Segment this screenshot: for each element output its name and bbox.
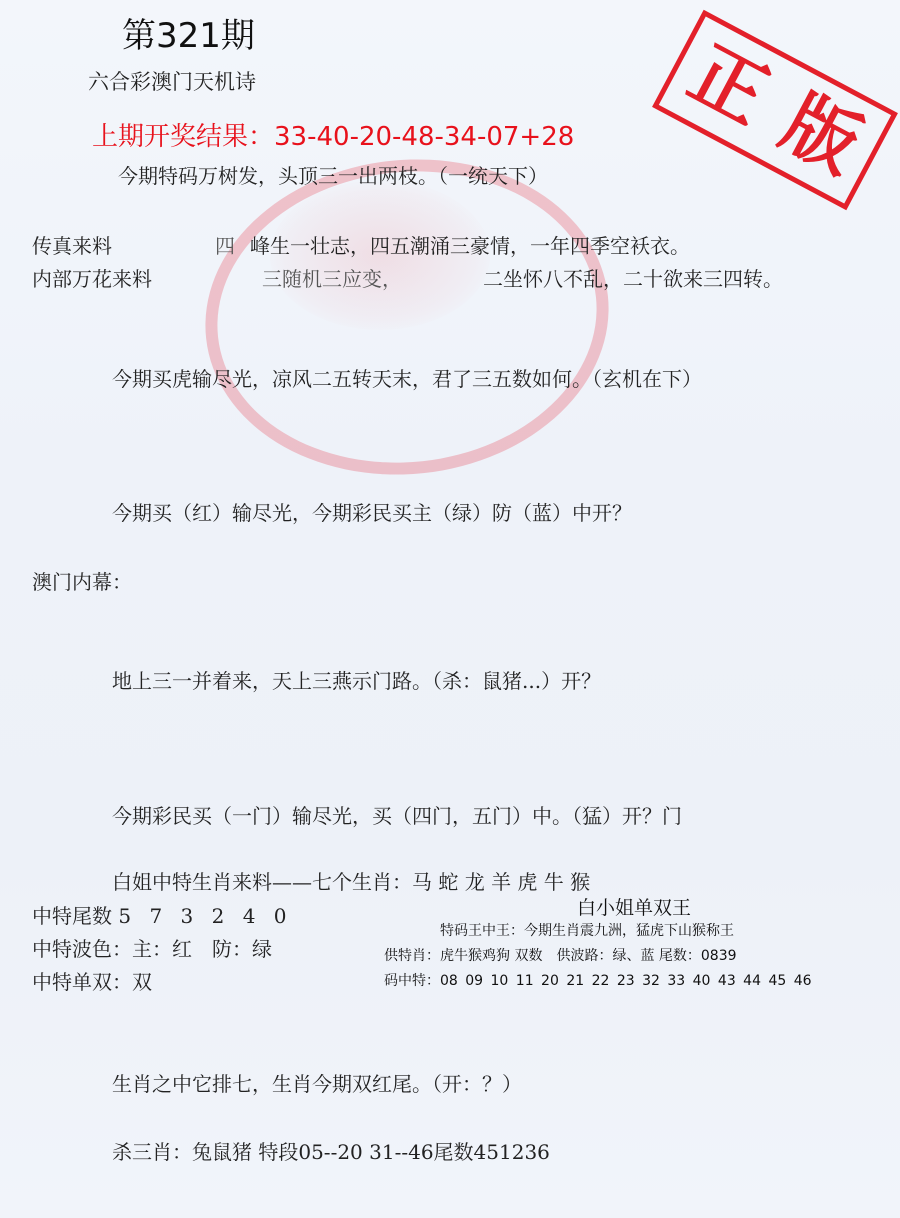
poem-line-tiger: 今期买虎输尽光，凉风二五转天末，君了三五数如何。（玄机在下）: [112, 363, 702, 392]
last-result-numbers: 33-40-20-48-34-07+28: [274, 122, 574, 152]
fax-text-a: 四: [215, 230, 235, 259]
watermark-seal: [190, 140, 625, 495]
oddeven-row: 中特单双：双: [32, 966, 152, 995]
last-result-label: 上期开奖结果：: [92, 122, 274, 152]
poem-line-color: 今期买（红）输尽光，今期彩民买主（绿）防（蓝）中开？: [112, 497, 632, 526]
inner-text-b: 二坐怀八不乱，二十欲来三四转。: [483, 263, 783, 292]
stamp-char-2: 版: [771, 85, 871, 185]
right-box-numbers-row: 码中特：08 09 10 11 20 21 22 23 32 33 40 43 …: [384, 970, 812, 990]
right-box-king-line: 特码王中王：今期生肖震九洲，猛虎下山猴称王: [440, 920, 734, 940]
stamp-char-1: 正: [679, 35, 779, 135]
tails-label: 中特尾数: [32, 904, 112, 928]
poem-line-zodiac: 白姐中特生肖来料——七个生肖：马 蛇 龙 羊 虎 牛 猴: [112, 866, 590, 895]
poem-line-door: 今期彩民买（一门）输尽光，买（四门，五门）中。（猛）开？门: [112, 800, 682, 829]
fax-text-b: 峰生一壮志，四五潮涌三豪情，一年四季空袄衣。: [250, 230, 690, 259]
wave-label: 中特波色：: [32, 937, 132, 961]
numbers-list: 08 09 10 11 20 21 22 23 32 33 40 43 44 4…: [440, 973, 812, 989]
right-box-supply-line: 供特肖：虎牛猴鸡狗 双数 供波路：绿、蓝 尾数：0839: [384, 945, 737, 965]
inner-text-a: 三随机三应变，: [262, 263, 402, 292]
footer-line-kill: 杀三肖：兔鼠猪 特段05--20 31--46尾数451236: [112, 1136, 550, 1165]
last-result: 上期开奖结果：33-40-20-48-34-07+28: [92, 116, 574, 153]
issue-title: 第321期: [122, 8, 255, 57]
fax-label: 传真来料: [32, 230, 112, 259]
numbers-label: 码中特：: [384, 973, 440, 989]
subtitle: 六合彩澳门天机诗: [88, 66, 256, 96]
tails-row: 中特尾数 5 7 3 2 4 0: [32, 900, 293, 929]
wave-value: 主：红 防：绿: [132, 937, 272, 961]
wave-row: 中特波色：主：红 防：绿: [32, 933, 272, 962]
poem-line-1: 今期特码万树发，头顶三一出两枝。（一统天下）: [118, 160, 548, 189]
poem-line-earth: 地上三一并着来，天上三燕示门路。（杀：鼠猪...）开？: [112, 665, 601, 694]
oddeven-label: 中特单双：: [32, 970, 132, 994]
authentic-stamp: 正 版: [652, 10, 898, 210]
oddeven-value: 双: [132, 970, 152, 994]
right-box-title: 白小姐单双王: [577, 893, 691, 920]
footer-line-seven: 生肖之中它排七，生肖今期双红尾。（开：？）: [112, 1068, 522, 1097]
inner-label: 内部万花来料: [32, 263, 152, 292]
tails-value: 5 7 3 2 4 0: [118, 904, 292, 928]
macau-label: 澳门内幕：: [32, 566, 132, 595]
